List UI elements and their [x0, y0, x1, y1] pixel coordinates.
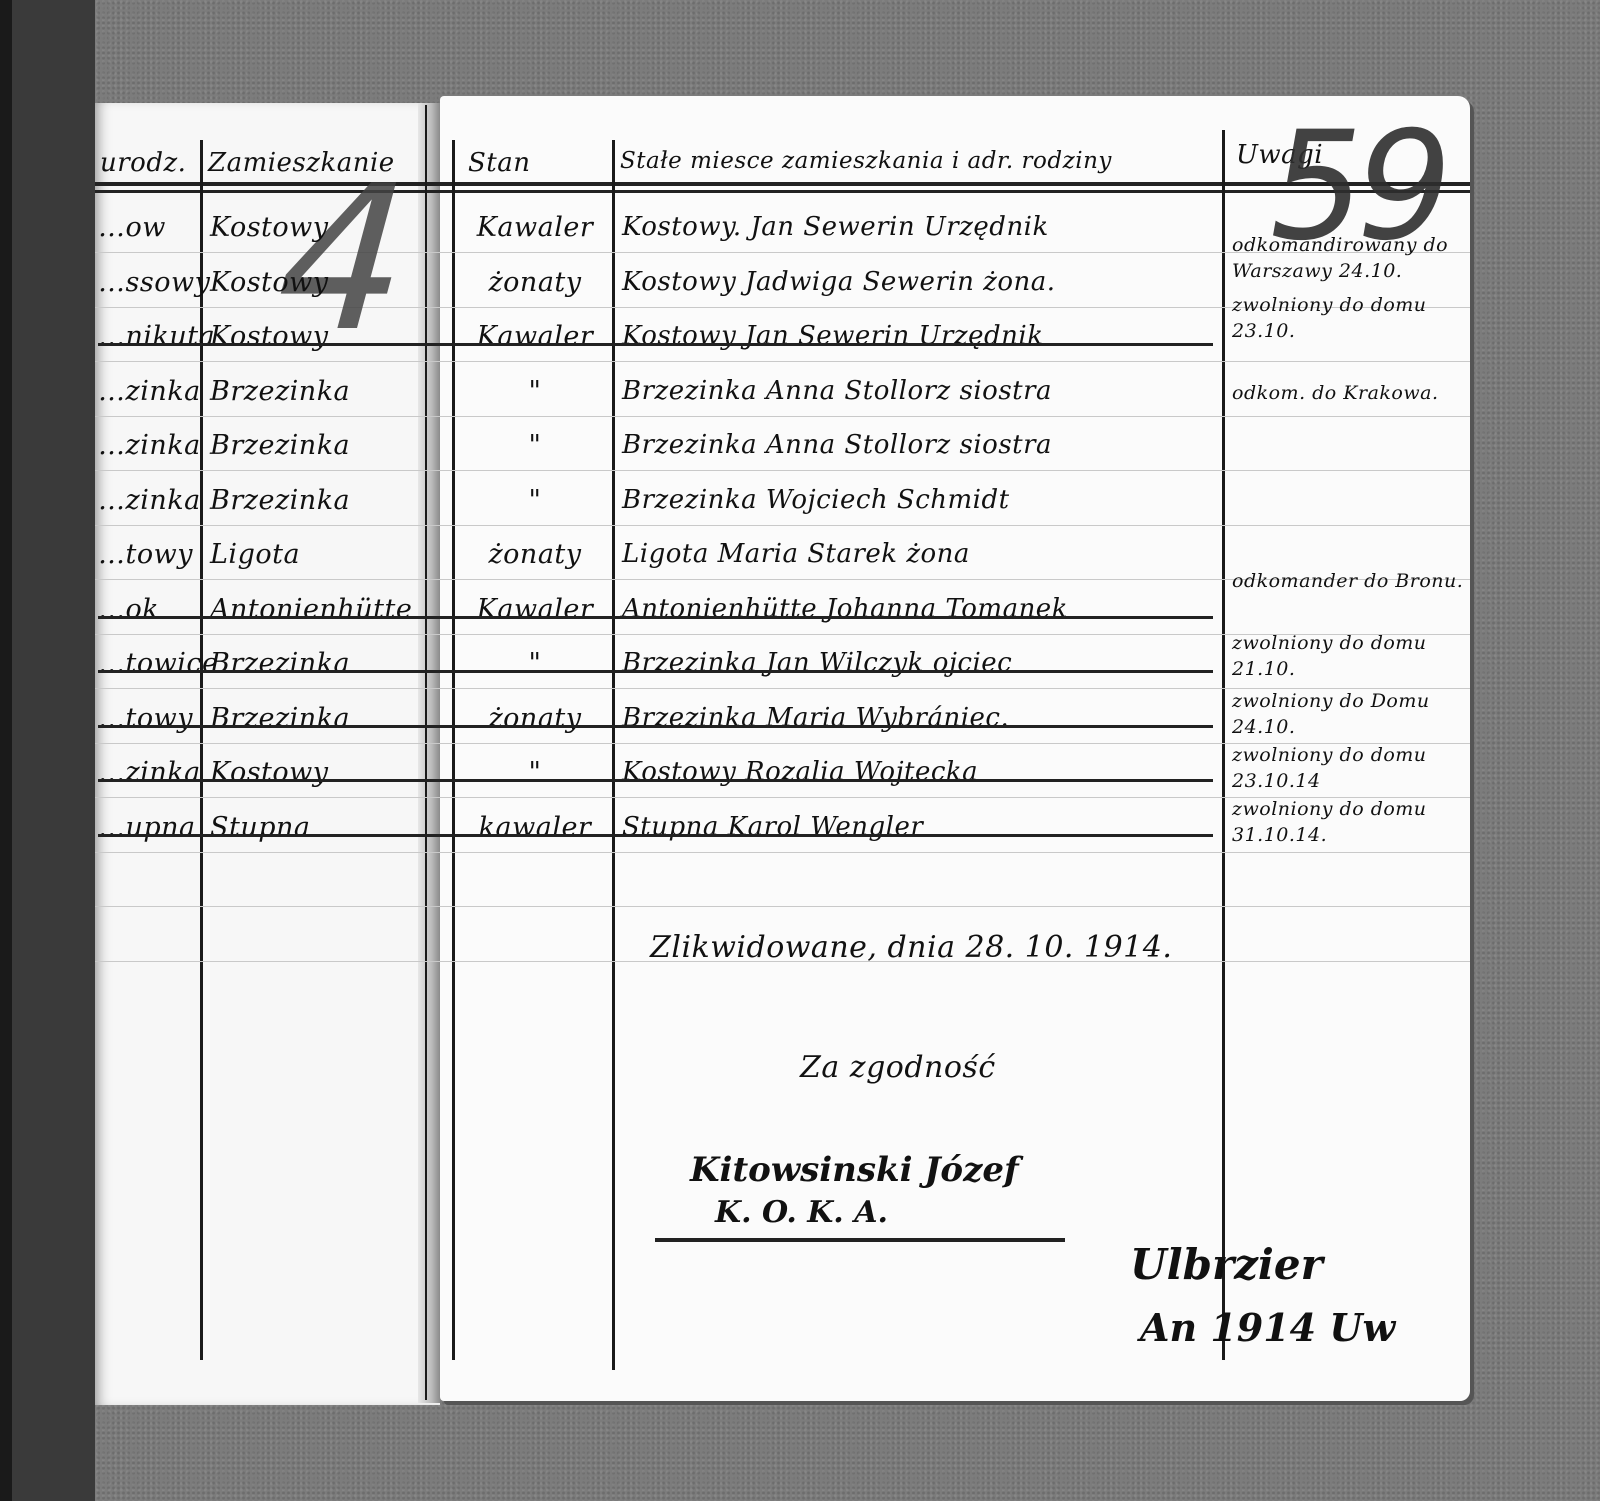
row-residence: Brzezinka	[210, 648, 350, 679]
header-birthplace: urodz.	[100, 148, 186, 178]
row-remarks: zwolniony do domu 21.10.	[1232, 630, 1467, 682]
row-remarks: zwolniony do domu 23.10.	[1232, 292, 1467, 344]
row-family-address: Kostowy Rozalia Wojtecka	[622, 757, 978, 787]
row-status: Kawaler	[465, 594, 605, 625]
row-birthplace: …zinka	[98, 485, 201, 516]
certified-note: Za zgodność	[800, 1050, 996, 1085]
row-remarks: odkomandirowany do Warszawy 24.10.	[1232, 232, 1467, 284]
row-residence: Brzezinka	[210, 485, 350, 516]
strike-through-line	[98, 834, 1213, 837]
row-status: "	[465, 485, 605, 516]
row-status: żonaty	[465, 703, 605, 734]
row-birthplace: …upna	[98, 812, 196, 843]
ruled-line	[95, 416, 1470, 417]
row-family-address: Ligota Maria Starek żona	[622, 539, 970, 569]
ruled-line	[95, 852, 1470, 853]
column-divider	[1222, 130, 1225, 1360]
ruled-line	[95, 525, 1470, 526]
row-status: Kawaler	[465, 212, 605, 243]
row-residence: Kostowy	[210, 267, 329, 298]
row-birthplace: …ok	[98, 594, 159, 625]
row-residence: Brzezinka	[210, 703, 350, 734]
row-family-address: Brzezinka Jan Wilczyk ojciec	[622, 648, 1012, 678]
row-family-address: Stupna Karol Wengler	[622, 812, 923, 842]
row-residence: Antonienhütte	[210, 594, 412, 625]
row-residence: Kostowy	[210, 321, 329, 352]
row-family-address: Kostowy Jadwiga Sewerin żona.	[622, 267, 1056, 297]
row-remarks: zwolniony do Domu 24.10.	[1232, 688, 1467, 740]
row-family-address: Brzezinka Anna Stollorz siostra	[622, 376, 1052, 406]
row-birthplace: …towy	[98, 539, 193, 570]
row-residence: Kostowy	[210, 757, 329, 788]
row-residence: Stupna	[210, 812, 311, 843]
scanner-edge	[0, 0, 12, 1501]
row-birthplace: …zinka	[98, 757, 201, 788]
row-status: "	[465, 757, 605, 788]
row-residence: Brzezinka	[210, 430, 350, 461]
row-birthplace: …towice	[98, 648, 218, 679]
row-birthplace: …ow	[98, 212, 166, 243]
row-status: "	[465, 648, 605, 679]
strike-through-line	[98, 670, 1213, 673]
row-family-address: Brzezinka Anna Stollorz siostra	[622, 430, 1052, 460]
row-family-address: Antonienhütte Johanna Tomanek	[622, 594, 1068, 624]
strike-through-line	[98, 616, 1213, 619]
strike-through-line	[98, 343, 1213, 346]
signature-2-sub: An 1914 Uw	[1140, 1305, 1395, 1350]
row-family-address: Brzezinka Maria Wybrániec.	[622, 703, 1009, 733]
row-status: "	[465, 430, 605, 461]
row-birthplace: …zinka	[98, 430, 201, 461]
header-status: Stan	[468, 148, 531, 178]
row-status: żonaty	[465, 539, 605, 570]
row-residence: Ligota	[210, 539, 300, 570]
column-divider	[452, 140, 455, 1360]
signature-1-initials: K. O. K. A.	[715, 1195, 888, 1230]
ruled-line	[95, 470, 1470, 471]
ruled-line	[95, 906, 1470, 907]
row-birthplace: …towy	[98, 703, 193, 734]
header-family-address: Stałe miesce zamieszkania i adr. rodziny	[620, 148, 1112, 174]
row-remarks: odkomander do Bronu.	[1232, 568, 1467, 594]
row-status: kawaler	[465, 812, 605, 843]
row-birthplace: …zinka	[98, 376, 201, 407]
book-gutter	[418, 103, 440, 1403]
row-family-address: Brzezinka Wojciech Schmidt	[622, 485, 1010, 515]
column-divider	[425, 105, 427, 1400]
row-family-address: Kostowy Jan Sewerin Urzędnik	[622, 321, 1043, 351]
row-residence: Brzezinka	[210, 376, 350, 407]
strike-through-line	[98, 725, 1213, 728]
strike-through-line	[98, 779, 1213, 782]
scanner-shadow	[0, 0, 95, 1501]
row-birthplace: …nikuta	[98, 321, 215, 352]
row-remarks: odkom. do Krakowa.	[1232, 380, 1467, 406]
signature-1: Kitowsinski Józef	[690, 1150, 1019, 1190]
row-status: "	[465, 376, 605, 407]
row-remarks: zwolniony do domu 31.10.14.	[1232, 796, 1467, 848]
row-status: Kawaler	[465, 321, 605, 352]
row-residence: Kostowy	[210, 212, 329, 243]
signature-2: Ulbrzier	[1130, 1240, 1323, 1289]
row-remarks: zwolniony do domu 23.10.14	[1232, 742, 1467, 794]
liquidated-note: Zlikwidowane, dnia 28. 10. 1914.	[650, 930, 1172, 965]
row-family-address: Kostowy. Jan Sewerin Urzędnik	[622, 212, 1049, 242]
row-status: żonaty	[465, 267, 605, 298]
column-divider	[612, 140, 615, 1370]
row-birthplace: …ssowy	[98, 267, 210, 298]
signature-underline	[655, 1238, 1065, 1242]
